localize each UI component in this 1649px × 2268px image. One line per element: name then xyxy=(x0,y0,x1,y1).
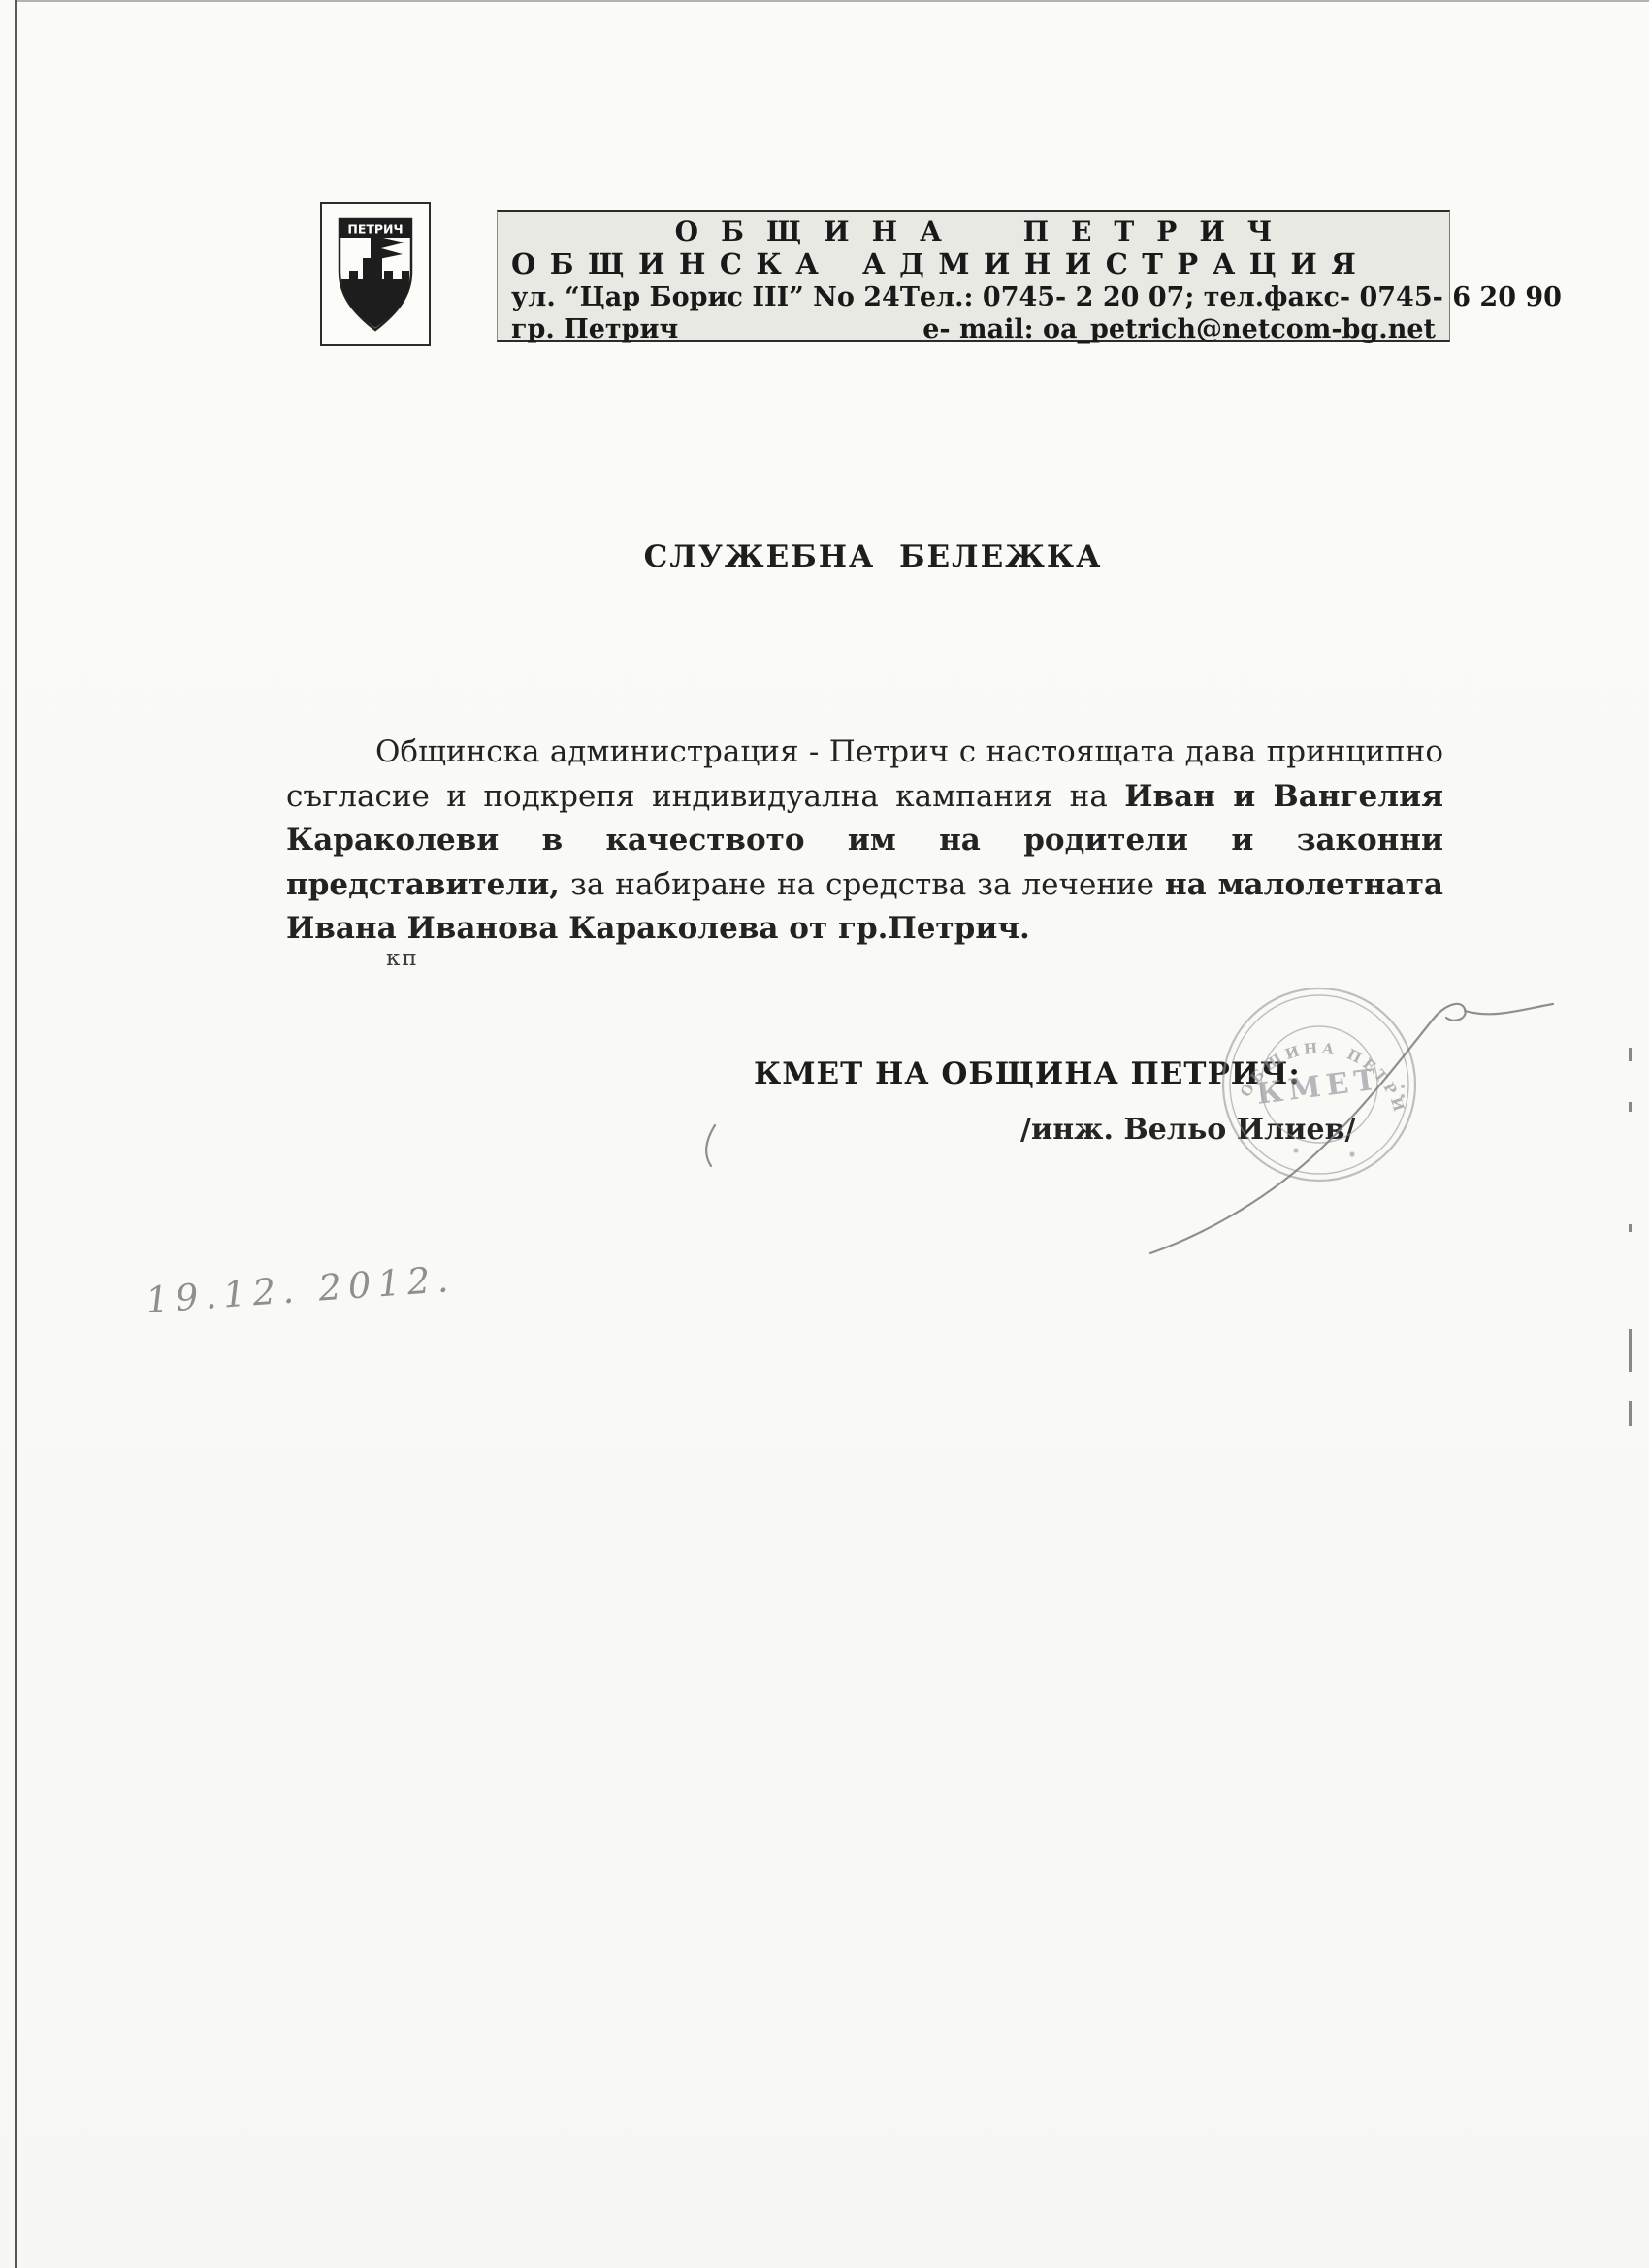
email-line: e- mail: oa_petrich@netcom-bg.net xyxy=(922,313,1436,345)
org-name-line2: ОБЩИНСКА АДМИНИСТРАЦИЯ xyxy=(511,247,1436,281)
scan-left-edge-line xyxy=(15,0,17,2268)
scan-right-edge-mark xyxy=(1629,1048,1632,1061)
scanned-letter-page: { "letterhead": { "logo_text": "ПЕТРИЧ",… xyxy=(0,0,1649,2268)
city-line: гр. Петрич xyxy=(511,313,678,345)
pen-stroke xyxy=(1465,1004,1553,1014)
document-title: СЛУЖЕБНА БЕЛЕЖКА xyxy=(543,539,1203,574)
official-stamp: ОБЩИНА ПЕТРИЧ КМЕТ xyxy=(1211,972,1428,1205)
pen-stroke xyxy=(706,1125,715,1166)
castle-silhouette-icon xyxy=(341,235,409,328)
round-seal-icon: ОБЩИНА ПЕТРИЧ КМЕТ xyxy=(1211,972,1428,1205)
letterhead-box: ОБЩИНА ПЕТРИЧ ОБЩИНСКА АДМИНИСТРАЦИЯ ул.… xyxy=(497,210,1450,342)
kp-annotation: кп xyxy=(386,946,419,971)
municipality-logo: ПЕТРИЧ xyxy=(320,202,431,346)
handwritten-date: 19.12. 2012. xyxy=(145,1258,457,1321)
scan-right-edge-mark xyxy=(1629,1329,1632,1372)
logo-banner-text: ПЕТРИЧ xyxy=(347,222,403,237)
scan-top-edge-line xyxy=(15,0,1649,2)
address-line: ул. “Цар Борис III” No 24 xyxy=(511,281,900,313)
petrich-coat-of-arms-icon: ПЕТРИЧ xyxy=(322,204,429,344)
scan-right-edge-mark xyxy=(1629,1102,1632,1112)
scan-right-edge-mark xyxy=(1629,1401,1632,1426)
scan-right-edge-mark xyxy=(1629,1224,1632,1232)
body-paragraph: Общинска администрация - Петрич с настоя… xyxy=(286,730,1443,952)
paragraph-segment: за набиране на средства за лечение xyxy=(560,867,1165,902)
org-name-line1: ОБЩИНА ПЕТРИЧ xyxy=(511,215,1458,247)
phone-fax-line: Тел.: 0745- 2 20 07; тел.факс- 0745- 6 2… xyxy=(900,281,1562,313)
